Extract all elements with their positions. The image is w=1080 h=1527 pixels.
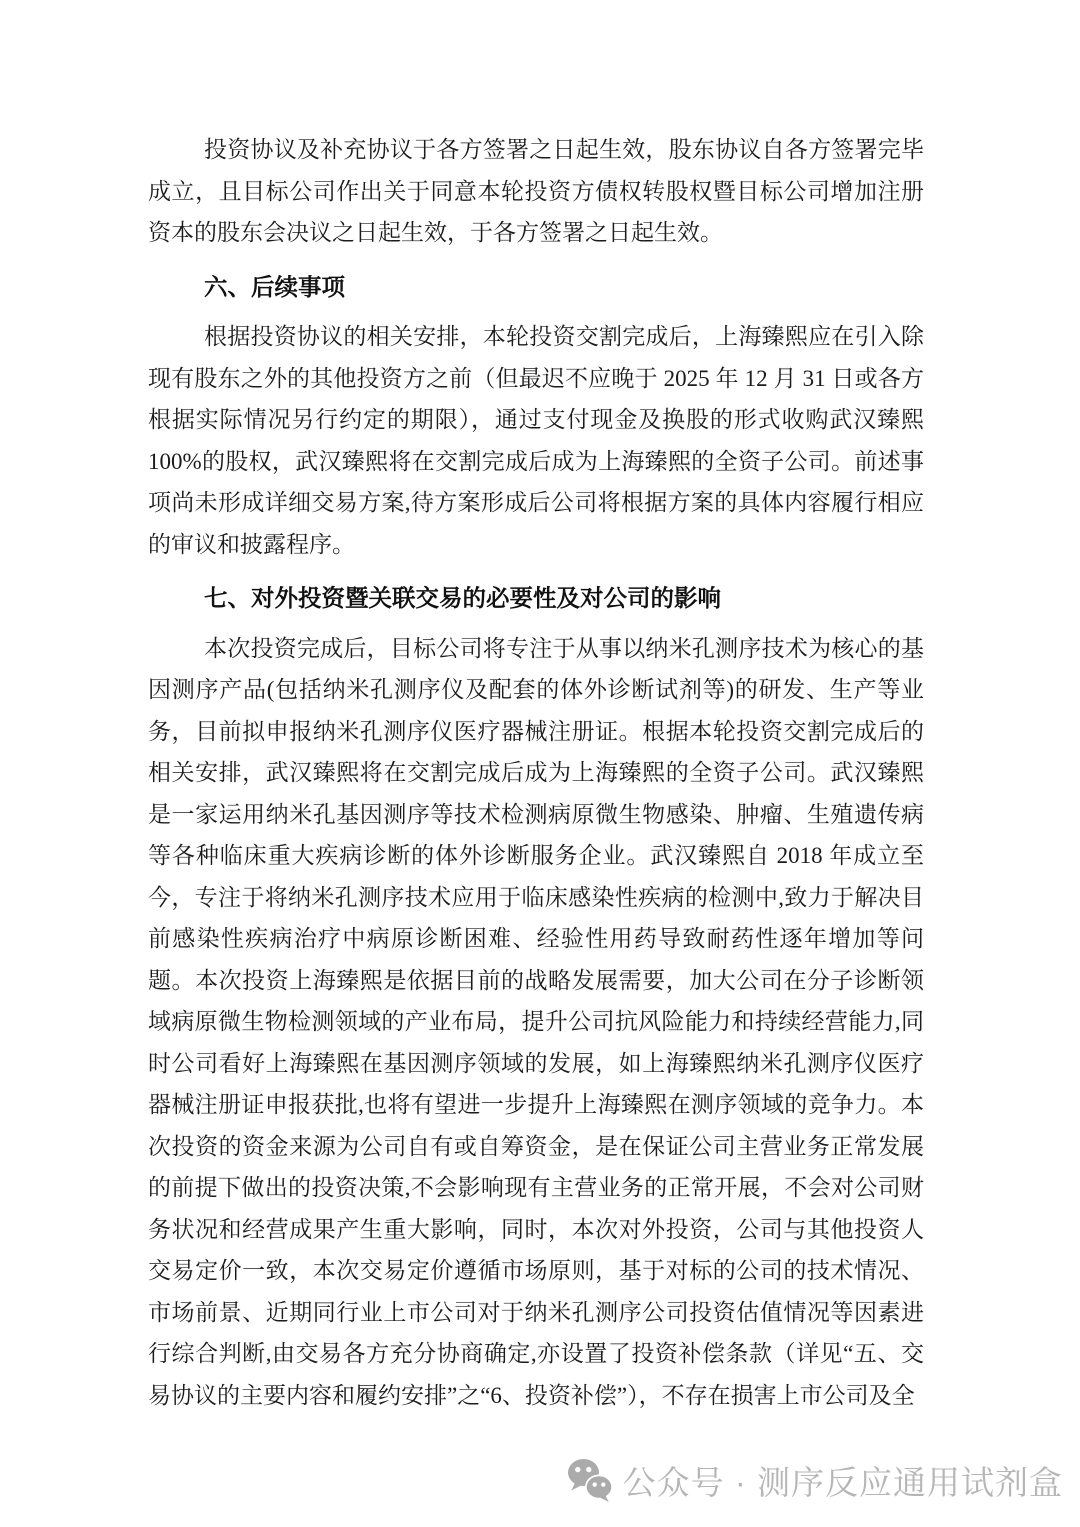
- paragraph-agreement-effectiveness: 投资协议及补充协议于各方签署之日起生效，股东协议自各方签署完毕成立，且目标公司作…: [148, 129, 924, 254]
- section-heading-necessity-impact: 七、对外投资暨关联交易的必要性及对公司的影响: [148, 578, 924, 620]
- paragraph-followup-matters: 根据投资协议的相关安排，本轮投资交割完成后，上海臻熙应在引入除现有股东之外的其他…: [148, 316, 924, 565]
- watermark-label: 公众号 · 测序反应通用试剂盒: [623, 1457, 1063, 1504]
- document-body: 投资协议及补充协议于各方签署之日起生效，股东协议自各方签署完毕成立，且目标公司作…: [148, 129, 924, 1416]
- section-heading-followup-matters: 六、后续事项: [148, 267, 924, 309]
- wechat-icon: [566, 1458, 613, 1503]
- paragraph-necessity-impact: 本次投资完成后，目标公司将专注于从事以纳米孔测序技术为核心的基因测序产品(包括纳…: [148, 628, 924, 1417]
- watermark-badge: 公众号 · 测序反应通用试剂盒: [566, 1457, 1063, 1504]
